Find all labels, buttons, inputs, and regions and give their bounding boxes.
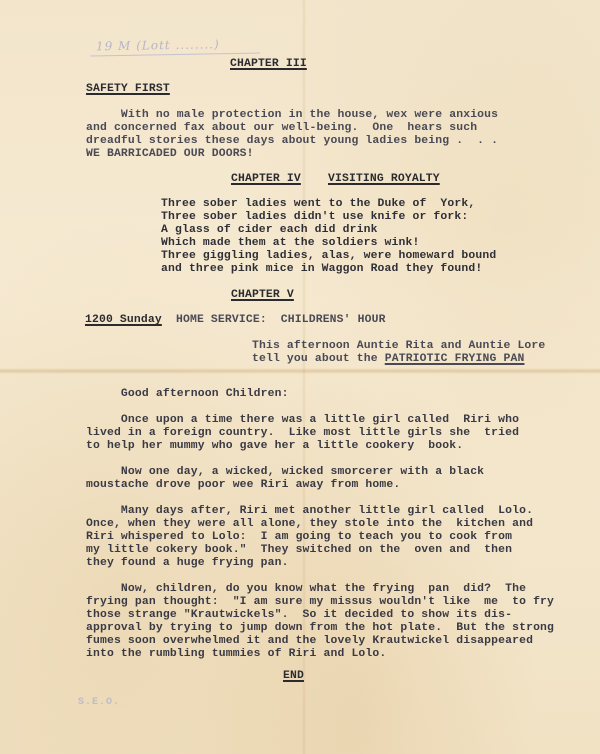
intro-line: tell you about the PATRIOTIC FRYING PAN — [252, 353, 524, 365]
greeting: Good afternoon Children: — [86, 388, 289, 400]
broadcast-time: 1200 Sunday — [85, 314, 162, 326]
chapter-4-title: VISITING ROYALTY — [328, 173, 440, 185]
programme-name: HOME SERVICE: CHILDRENS' HOUR — [176, 314, 386, 326]
story-line: Many days after, Riri met another little… — [86, 505, 533, 517]
chapter-3-line: dreadful stories these days about young … — [86, 135, 498, 147]
end-marker: END — [283, 670, 304, 682]
verse-line: Three sober ladies didn't use knife or f… — [161, 211, 468, 223]
typist-initials: S.E.O. — [78, 697, 120, 708]
verse-line: and three pink mice in Waggon Road they … — [161, 263, 482, 275]
story-line: lived in a foreign country. Like most li… — [86, 427, 519, 439]
story-line: my little cokery book." They switched on… — [86, 544, 512, 556]
story-line: into the rumbling tummies of Riri and Lo… — [86, 648, 386, 660]
story-line: they found a huge frying pan. — [86, 557, 289, 569]
chapter-3-line: and concerned fax about our well-being. … — [86, 122, 477, 134]
story-line: those strange "Krautwickels". So it deci… — [86, 609, 512, 621]
chapter-5-heading: CHAPTER V — [231, 289, 294, 301]
verse-line: Three sober ladies went to the Duke of Y… — [161, 198, 475, 210]
story-line: approval by trying to jump down from the… — [86, 622, 554, 634]
verse-line: Three giggling ladies, alas, were homewa… — [161, 250, 496, 262]
chapter-3-heading: CHAPTER III — [230, 58, 307, 70]
story-line: moustache drove poor wee Riri away from … — [86, 479, 400, 491]
story-line: fumes soon overwhelmed it and the lovely… — [86, 635, 533, 647]
story-line: Once, when they were all alone, they sto… — [86, 518, 533, 530]
chapter-4-heading: CHAPTER IV — [231, 173, 301, 185]
horizontal-fold-crease — [0, 368, 600, 374]
verse-line: A glass of cider each did drink — [161, 224, 378, 236]
story-title: PATRIOTIC FRYING PAN — [385, 353, 525, 365]
verse-line: Which made them at the soldiers wink! — [161, 237, 419, 249]
story-line: frying pan thought: "I am sure my missus… — [86, 596, 554, 608]
story-line: Riri whispered to Lolo: I am going to te… — [86, 531, 512, 543]
intro-line: This afternoon Auntie Rita and Auntie Lo… — [252, 340, 545, 352]
chapter-3-line: With no male protection in the house, we… — [86, 109, 498, 121]
intro-prefix: tell you about the — [252, 353, 385, 365]
story-line: Once upon a time there was a little girl… — [86, 414, 519, 426]
chapter-3-line: WE BARRICADED OUR DOORS! — [86, 148, 254, 160]
story-line: Now, children, do you know what the fryi… — [86, 583, 526, 595]
typewritten-page: 19 M (Lott ........) CHAPTER III SAFETY … — [0, 0, 600, 754]
story-line: Now one day, a wicked, wicked smorcerer … — [86, 466, 484, 478]
story-line: to help her mummy who gave her a little … — [86, 440, 463, 452]
chapter-3-subheading: SAFETY FIRST — [86, 83, 170, 95]
pencil-annotation: 19 M (Lott ........) — [90, 37, 260, 57]
